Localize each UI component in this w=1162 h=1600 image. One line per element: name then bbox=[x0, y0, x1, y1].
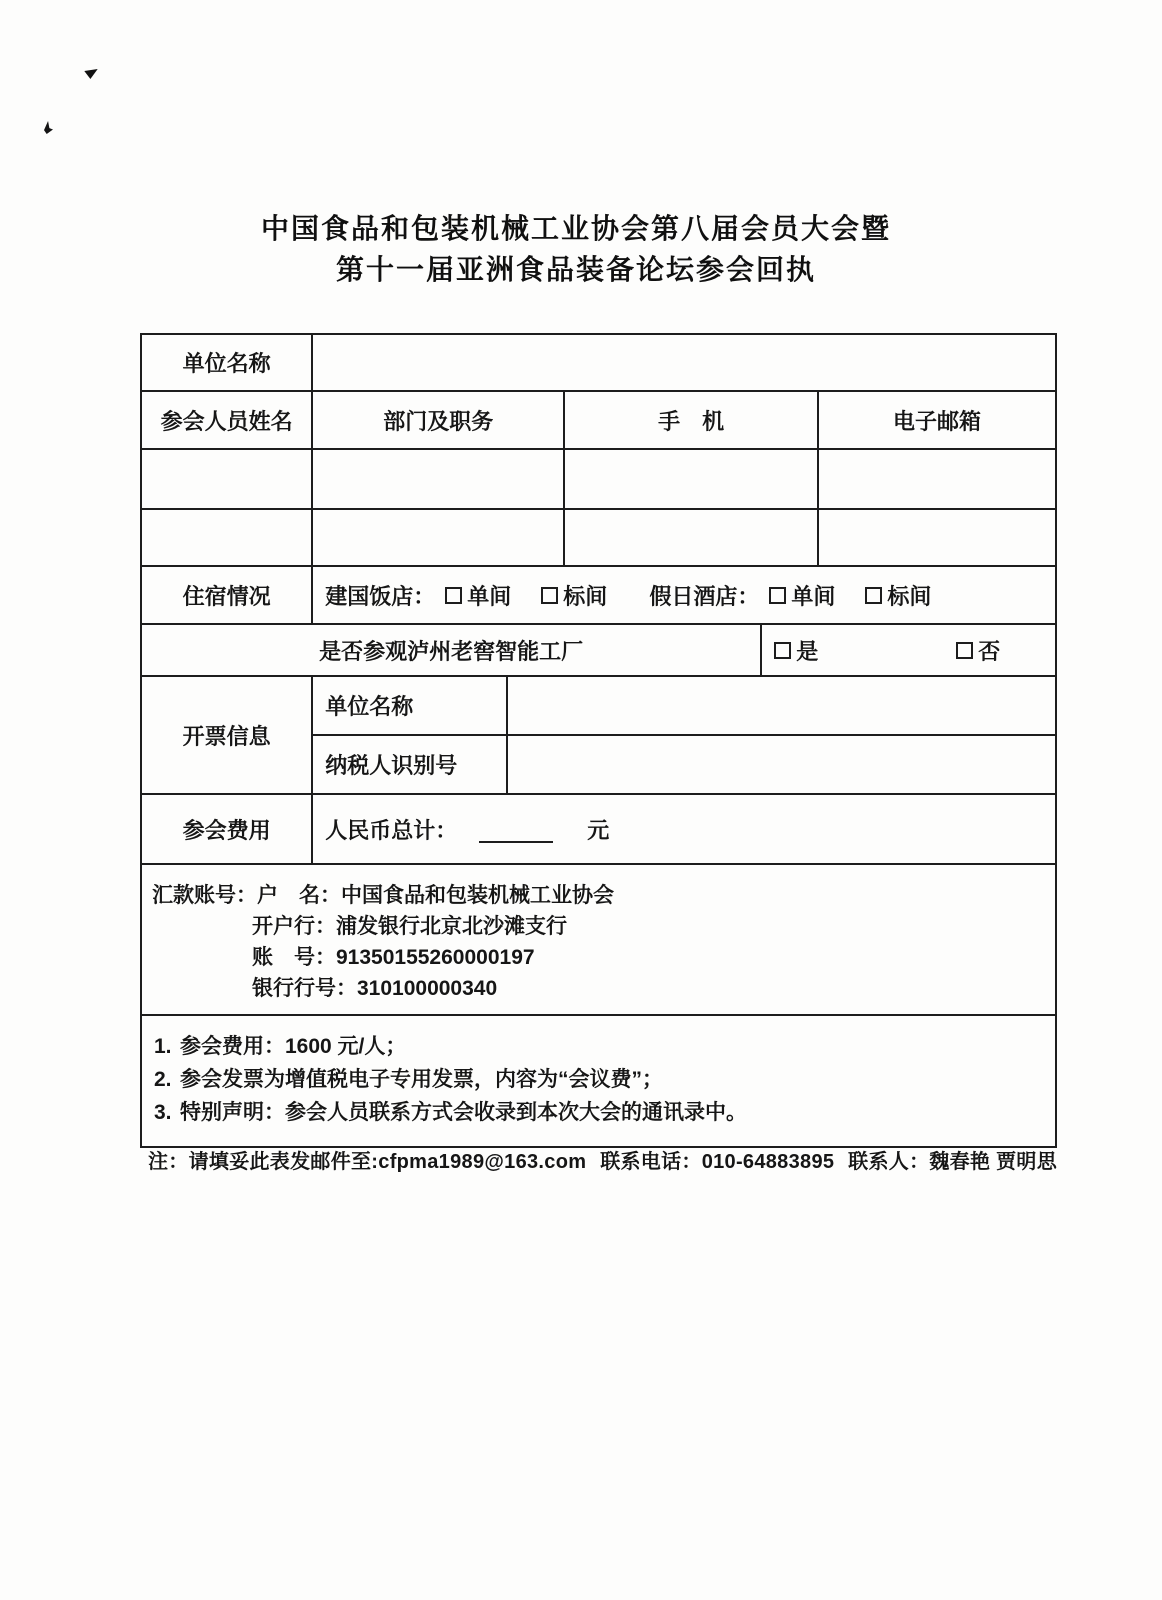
blank-cell bbox=[565, 510, 819, 565]
option-label: 单间 bbox=[791, 580, 835, 611]
footnote-contacts: 魏春艳 贾明思 bbox=[929, 1151, 1057, 1173]
blank-cell bbox=[565, 450, 819, 508]
notes-block: 1. 参会费用：1600 元/人； 2. 参会发票为增值税电子专用发票，内容为“… bbox=[142, 1016, 759, 1146]
checkbox-holiday-standard-icon bbox=[865, 587, 882, 604]
accommodation-options: 建国饭店： 单间 标间 假日酒店： 单间 标间 bbox=[313, 567, 1055, 623]
remittance-bank-label: 开户行： bbox=[252, 911, 336, 942]
checkbox-holiday-single-icon bbox=[769, 587, 786, 604]
invoice-unit-name-row: 单位名称 bbox=[313, 677, 1055, 736]
row-notes: 1. 参会费用：1600 元/人； 2. 参会发票为增值税电子专用发票，内容为“… bbox=[142, 1016, 1055, 1146]
remittance-line: 开户行： 浦发银行北京北沙滩支行 bbox=[152, 911, 614, 942]
title-line-2: 第十一届亚洲食品装备论坛参会回执 bbox=[0, 249, 1152, 290]
note-text: 特别声明：参会人员联系方式会收录到本次大会的通讯录中。 bbox=[180, 1096, 747, 1129]
document-title: 中国食品和包装机械工业协会第八届会员大会暨 第十一届亚洲食品装备论坛参会回执 bbox=[0, 208, 1152, 290]
remittance-bank-value: 浦发银行北京北沙滩支行 bbox=[336, 911, 567, 942]
invoice-label: 开票信息 bbox=[142, 677, 313, 793]
row-fee: 参会费用 人民币总计： 元 bbox=[142, 795, 1055, 865]
remittance-account-name-label: 户 名： bbox=[257, 880, 341, 911]
option-jianguo-standard: 标间 bbox=[541, 580, 607, 611]
note-number: 1. bbox=[154, 1030, 180, 1063]
table-row-attendee-blank bbox=[142, 450, 1055, 510]
footnote-prefix: 注：请填妥此表发邮件至: bbox=[148, 1151, 378, 1173]
remittance-bank-code-value: 310100000340 bbox=[357, 973, 497, 1004]
note-item: 3. 特别声明：参会人员联系方式会收录到本次大会的通讯录中。 bbox=[154, 1096, 747, 1129]
checkbox-jianguo-standard-icon bbox=[541, 587, 558, 604]
note-text: 参会费用：1600 元/人； bbox=[180, 1030, 406, 1063]
header-attendee-name: 参会人员姓名 bbox=[142, 392, 313, 448]
table-row-attendee-blank bbox=[142, 510, 1055, 567]
ink-speck-icon bbox=[44, 121, 53, 134]
invoice-tax-id-value-cell bbox=[508, 736, 1055, 793]
option-label: 标间 bbox=[563, 580, 607, 611]
footnote-phone-label: 联系电话： bbox=[600, 1151, 702, 1173]
note-item: 2. 参会发票为增值税电子专用发票，内容为“会议费”； bbox=[154, 1063, 747, 1096]
note-number: 3. bbox=[154, 1096, 180, 1129]
unit-name-value-cell bbox=[313, 335, 1055, 390]
blank-cell bbox=[313, 510, 565, 565]
hotel2-label: 假日酒店： bbox=[649, 580, 759, 611]
invoice-subtable: 单位名称 纳税人识别号 bbox=[313, 677, 1055, 793]
remittance-prefix: 汇款账号： bbox=[152, 880, 257, 911]
option-label: 否 bbox=[978, 635, 1000, 666]
note-number: 2. bbox=[154, 1063, 180, 1096]
visit-options: 是 否 bbox=[762, 625, 1055, 675]
checkbox-yes-icon bbox=[774, 642, 791, 659]
remittance-bank-code-label: 银行行号： bbox=[252, 973, 357, 1004]
accommodation-label: 住宿情况 bbox=[142, 567, 313, 623]
checkbox-jianguo-single-icon bbox=[445, 587, 462, 604]
option-label: 是 bbox=[796, 635, 818, 666]
invoice-tax-id-label: 纳税人识别号 bbox=[313, 736, 508, 793]
fee-label: 参会费用 bbox=[142, 795, 313, 863]
option-jianguo-single: 单间 bbox=[445, 580, 511, 611]
invoice-tax-id-row: 纳税人识别号 bbox=[313, 736, 1055, 793]
header-department-title: 部门及职务 bbox=[313, 392, 565, 448]
blank-cell bbox=[142, 450, 313, 508]
remittance-account-name-value: 中国食品和包装机械工业协会 bbox=[341, 880, 614, 911]
title-line-1: 中国食品和包装机械工业协会第八届会员大会暨 bbox=[0, 208, 1152, 249]
scanned-registration-form: 中国食品和包装机械工业协会第八届会员大会暨 第十一届亚洲食品装备论坛参会回执 单… bbox=[0, 0, 1162, 1600]
invoice-unit-name-label: 单位名称 bbox=[313, 677, 508, 734]
row-unit-name: 单位名称 bbox=[142, 335, 1055, 392]
fee-prefix: 人民币总计： bbox=[325, 814, 457, 845]
footnote-contact-label: 联系人： bbox=[848, 1151, 929, 1173]
option-label: 单间 bbox=[467, 580, 511, 611]
footnote-email: cfpma1989@163.com bbox=[378, 1151, 586, 1173]
blank-cell bbox=[142, 510, 313, 565]
footnote: 注：请填妥此表发邮件至:cfpma1989@163.com 联系电话：010-6… bbox=[148, 1147, 1078, 1177]
hotel1-label: 建国饭店： bbox=[325, 580, 435, 611]
footnote-phone: 010-64883895 bbox=[702, 1151, 835, 1173]
header-email: 电子邮箱 bbox=[819, 392, 1055, 448]
option-visit-no: 否 bbox=[956, 635, 1000, 666]
row-remittance: 汇款账号： 户 名： 中国食品和包装机械工业协会 开户行： 浦发银行北京北沙滩支… bbox=[142, 865, 1055, 1016]
row-accommodation: 住宿情况 建国饭店： 单间 标间 假日酒店： 单间 标间 bbox=[142, 567, 1055, 625]
row-invoice-info: 开票信息 单位名称 纳税人识别号 bbox=[142, 677, 1055, 795]
fee-suffix: 元 bbox=[587, 814, 609, 845]
row-factory-visit: 是否参观泸州老窖智能工厂 是 否 bbox=[142, 625, 1055, 677]
visit-question: 是否参观泸州老窖智能工厂 bbox=[142, 625, 762, 675]
registration-table: 单位名称 参会人员姓名 部门及职务 手 机 电子邮箱 住宿情况 bbox=[140, 333, 1057, 1148]
remittance-account-number-value: 91350155260000197 bbox=[336, 942, 535, 973]
row-attendee-headers: 参会人员姓名 部门及职务 手 机 电子邮箱 bbox=[142, 392, 1055, 450]
remittance-line: 银行行号： 310100000340 bbox=[152, 973, 614, 1004]
option-holiday-standard: 标间 bbox=[865, 580, 931, 611]
unit-name-label: 单位名称 bbox=[142, 335, 313, 390]
checkbox-no-icon bbox=[956, 642, 973, 659]
header-mobile: 手 机 bbox=[565, 392, 819, 448]
ink-speck-icon bbox=[83, 67, 97, 80]
fee-content: 人民币总计： 元 bbox=[313, 795, 1055, 863]
remittance-line: 汇款账号： 户 名： 中国食品和包装机械工业协会 bbox=[152, 880, 614, 911]
blank-cell bbox=[819, 450, 1055, 508]
note-item: 1. 参会费用：1600 元/人； bbox=[154, 1030, 747, 1063]
fee-amount-blank-line bbox=[479, 841, 553, 843]
note-text: 参会发票为增值税电子专用发票，内容为“会议费”； bbox=[180, 1063, 663, 1096]
remittance-account-number-label: 账 号： bbox=[252, 942, 336, 973]
invoice-unit-name-value-cell bbox=[508, 677, 1055, 734]
option-visit-yes: 是 bbox=[774, 635, 818, 666]
remittance-line: 账 号： 91350155260000197 bbox=[152, 942, 614, 973]
option-label: 标间 bbox=[887, 580, 931, 611]
blank-cell bbox=[313, 450, 565, 508]
blank-cell bbox=[819, 510, 1055, 565]
option-holiday-single: 单间 bbox=[769, 580, 835, 611]
remittance-block: 汇款账号： 户 名： 中国食品和包装机械工业协会 开户行： 浦发银行北京北沙滩支… bbox=[142, 865, 624, 1014]
